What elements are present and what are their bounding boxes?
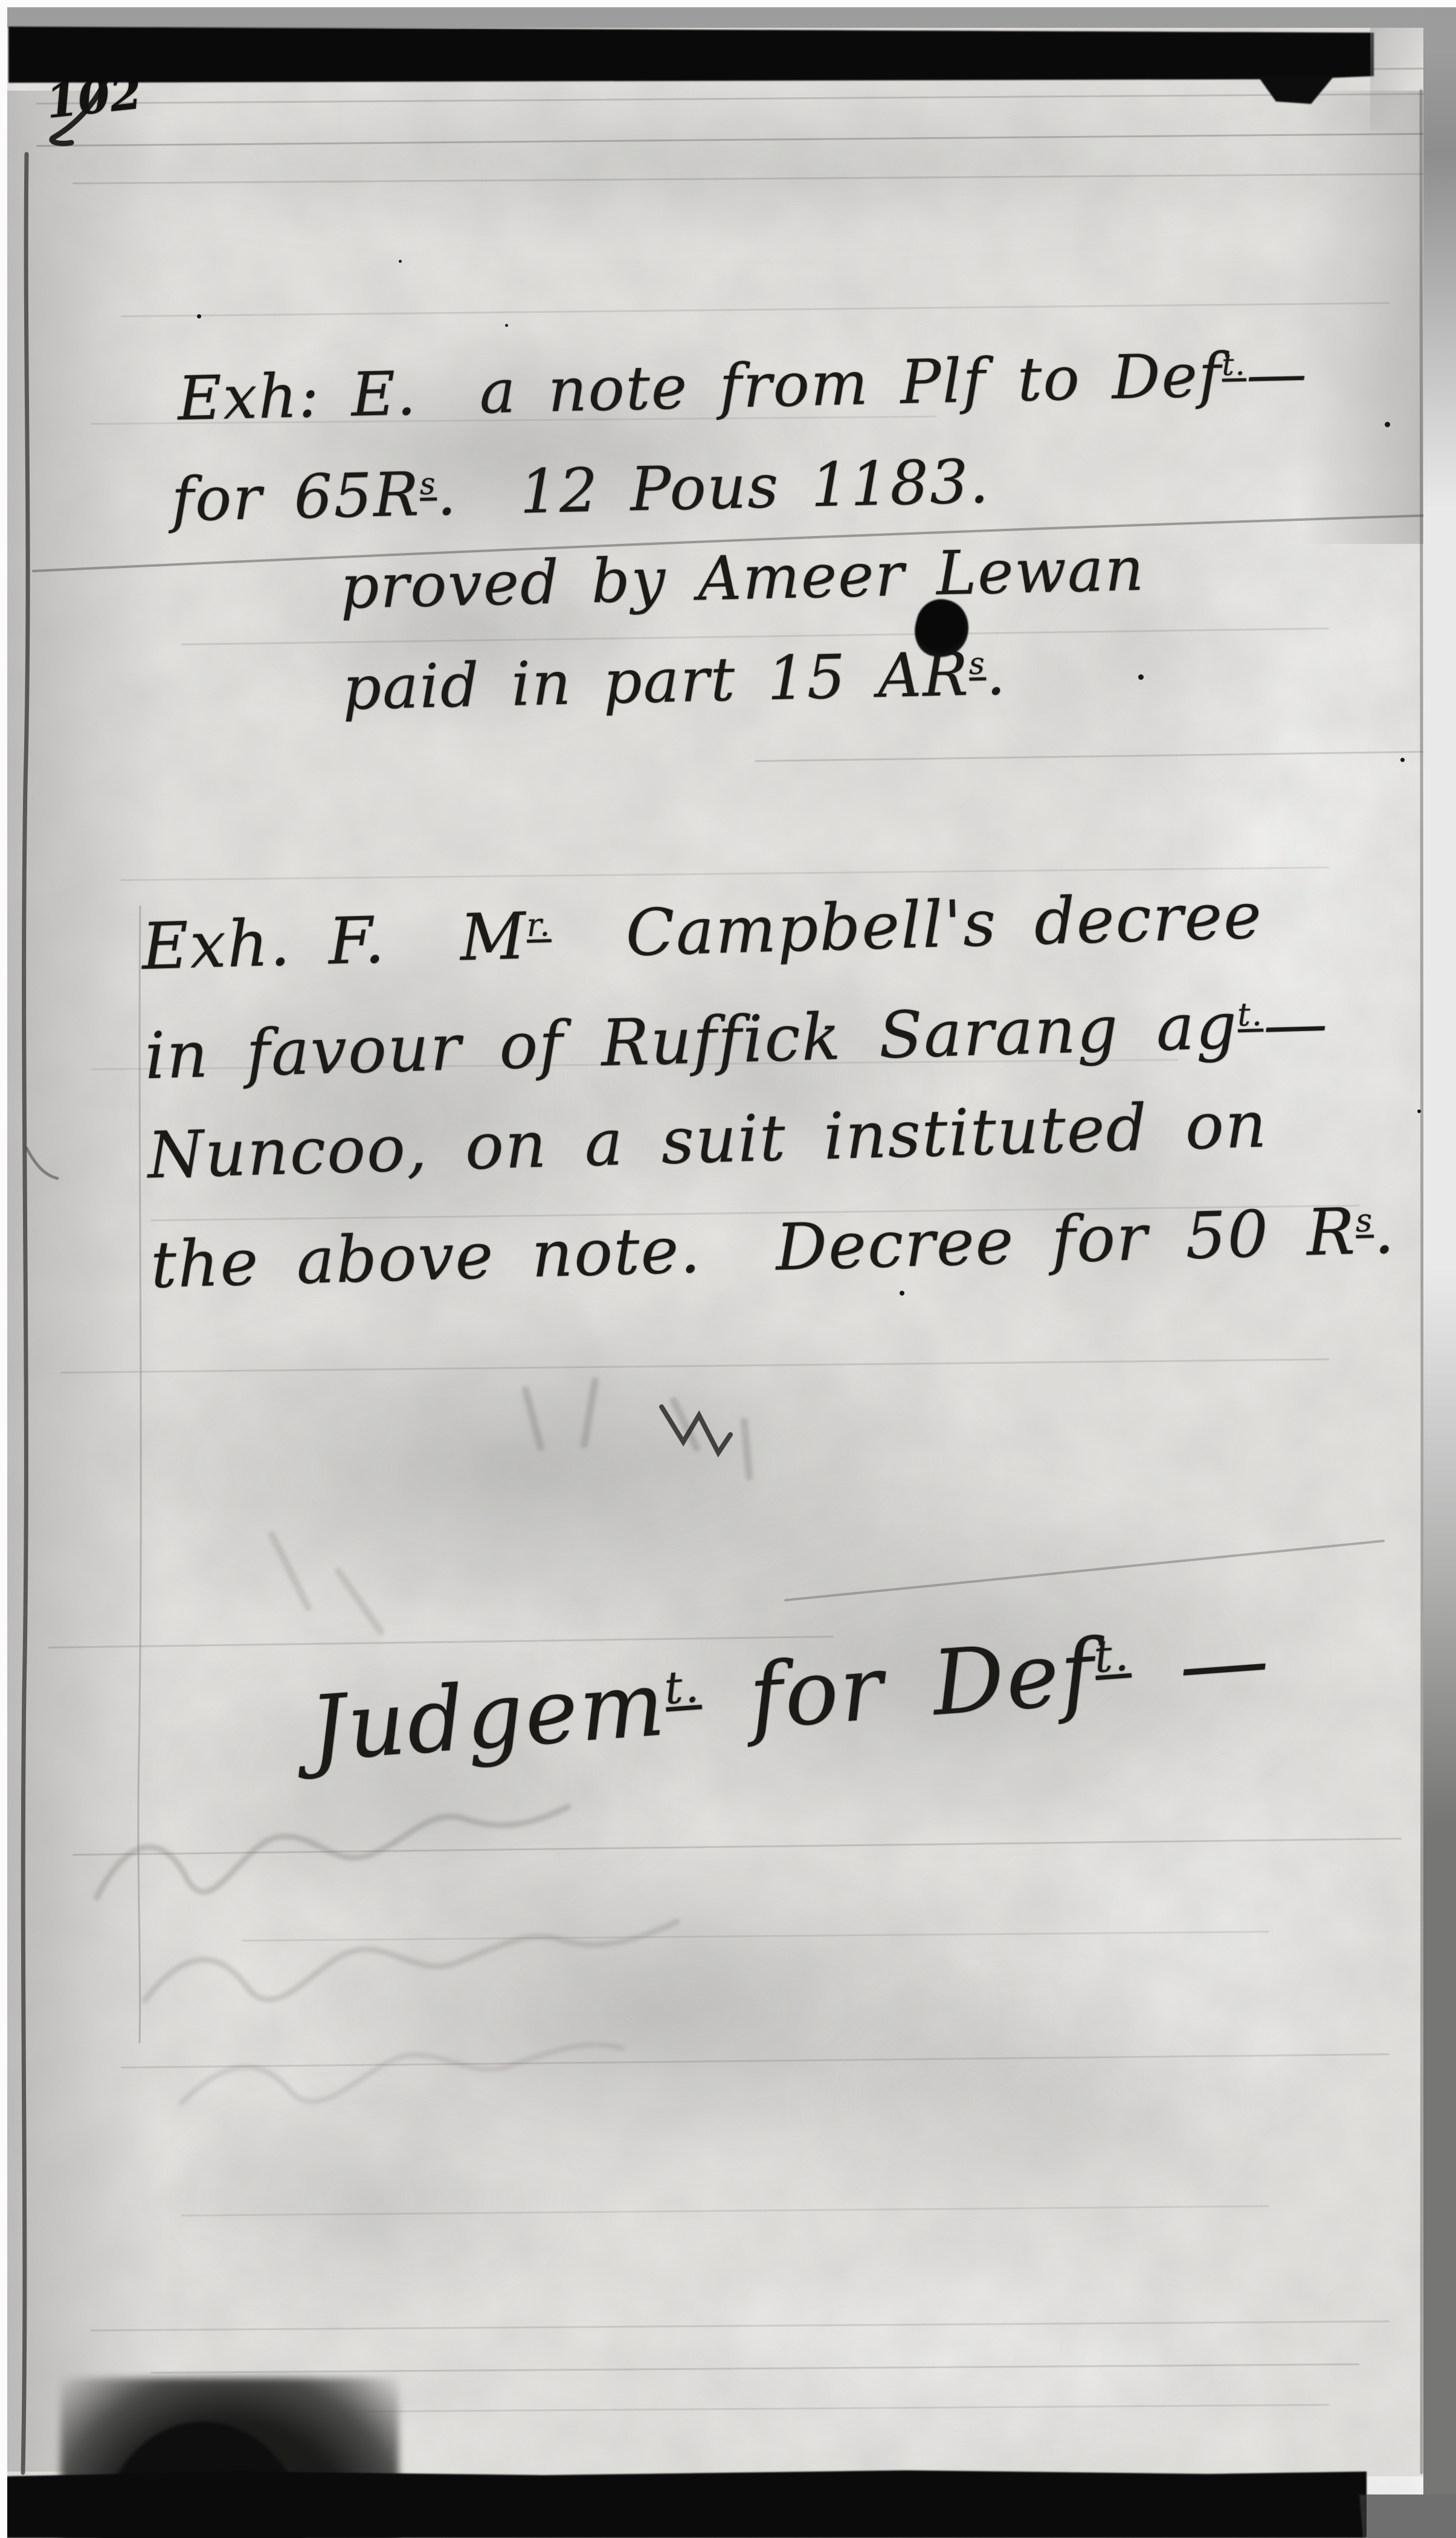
- scanner-bottom-band: [0, 0, 1456, 2538]
- scan-border-top: [0, 0, 1456, 7]
- scanner-bottom-gray: [1367, 2494, 1456, 2538]
- scan-root: 102 Exh: E. a note from Plf to Deft.—for…: [0, 0, 1456, 2538]
- scan-border-left: [0, 0, 7, 2538]
